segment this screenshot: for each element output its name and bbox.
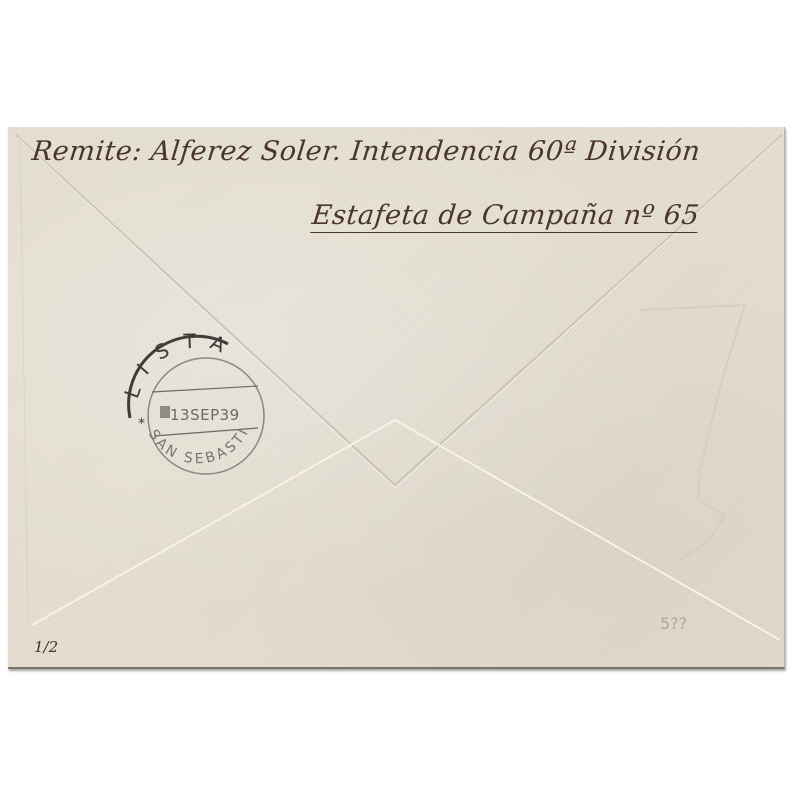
field-post-office-text: Estafeta de Campaña nº 65	[310, 200, 701, 233]
postmark-star: *	[138, 416, 145, 432]
postmark-stamp: LISTA 13SEP39 * SAN SEBASTIAN	[118, 328, 278, 488]
corner-note: 1/2	[34, 638, 58, 656]
pencil-note: 5??	[660, 614, 687, 633]
sender-address-text: Remite: Alferez Soler. Intendencia 60ª D…	[30, 136, 702, 167]
postmark-date: 13SEP39	[170, 406, 240, 424]
